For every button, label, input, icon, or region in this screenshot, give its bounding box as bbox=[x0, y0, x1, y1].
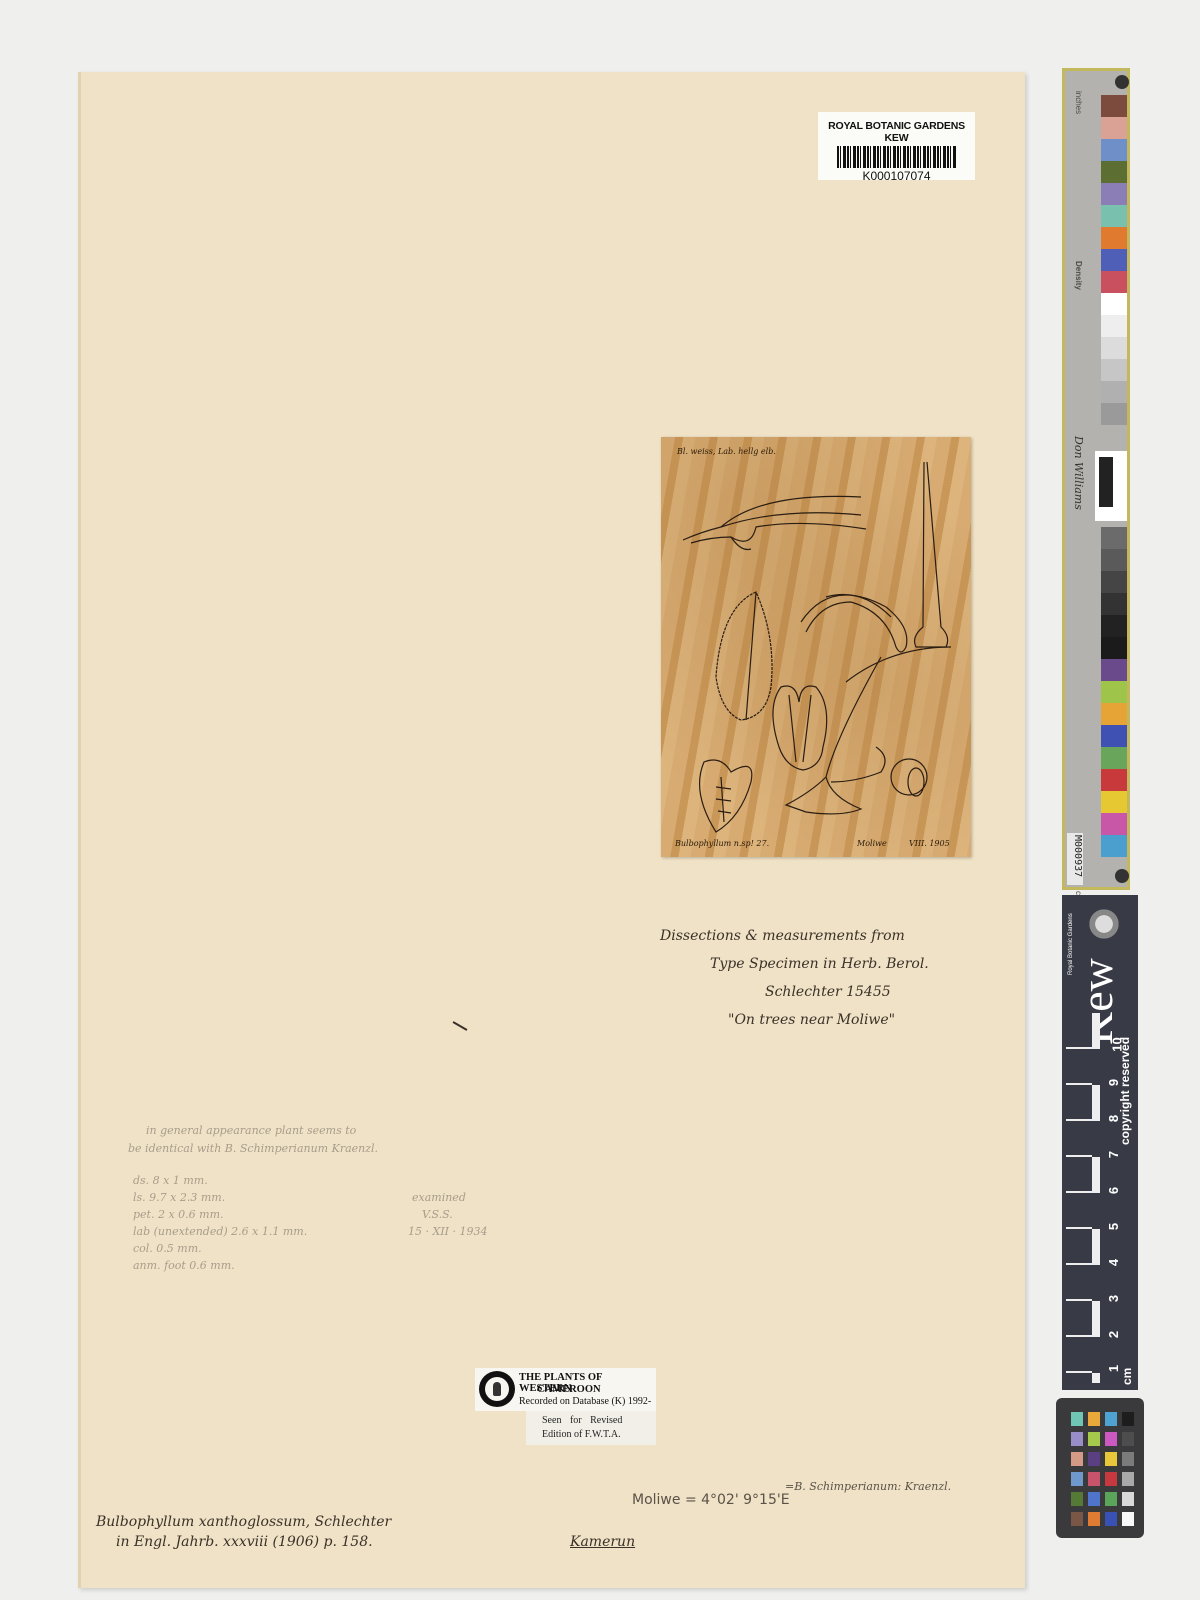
fwta-label: Seen for Revised Edition of F.W.T.A. bbox=[526, 1411, 656, 1445]
darwin-initiative-logo-icon bbox=[479, 1371, 515, 1407]
cm-label: cm bbox=[1120, 1368, 1134, 1385]
pwc-title-line2: CAMEROON bbox=[537, 1384, 601, 1395]
color-bar-id: M000937 bbox=[1072, 835, 1083, 877]
synonym-note: =B. Schimperianum: Kraenzl. bbox=[785, 1480, 951, 1493]
gray-swatch bbox=[1101, 293, 1127, 315]
checker-cell bbox=[1071, 1512, 1083, 1526]
ruler-number: 7 bbox=[1106, 1151, 1121, 1158]
resolution-target bbox=[1095, 451, 1127, 521]
registration-dot-icon bbox=[1115, 869, 1129, 883]
measurement-line: lab (unextended) 2.6 x 1.1 mm. bbox=[133, 1225, 307, 1238]
institution-name: ROYAL BOTANIC GARDENS KEW bbox=[818, 120, 975, 144]
checker-cell bbox=[1105, 1432, 1117, 1446]
copyright-label: copyright reserved bbox=[1118, 1037, 1132, 1145]
checker-cell bbox=[1122, 1452, 1134, 1466]
ruler-number: 3 bbox=[1106, 1295, 1121, 1302]
gray-swatch bbox=[1101, 359, 1127, 381]
checker-cell bbox=[1071, 1492, 1083, 1506]
gray-swatch bbox=[1101, 549, 1127, 571]
ruler-number: 2 bbox=[1106, 1331, 1121, 1338]
checker-cell bbox=[1088, 1412, 1100, 1426]
color-swatch bbox=[1101, 249, 1127, 271]
pwc-database-line: Recorded on Database (K) 1992- bbox=[519, 1396, 651, 1407]
species-name-line2: in Engl. Jahrb. xxxviii (1906) p. 158. bbox=[116, 1534, 373, 1550]
color-swatch bbox=[1101, 703, 1127, 725]
species-name-line1: Bulbophyllum xanthoglossum, Schlechter bbox=[96, 1514, 391, 1530]
pencil-note-line: in general appearance plant seems to bbox=[146, 1124, 356, 1137]
examined-note: examined bbox=[412, 1191, 466, 1204]
drawing-footer-locality: Moliwe bbox=[857, 839, 887, 848]
gray-swatch bbox=[1101, 381, 1127, 403]
drawing-header: Bl. weiss, Lab. hellg elb. bbox=[677, 447, 776, 456]
color-swatch bbox=[1101, 747, 1127, 769]
inches-label: inches bbox=[1074, 91, 1083, 114]
density-label: Density bbox=[1074, 261, 1083, 290]
gray-swatch bbox=[1101, 615, 1127, 637]
checker-cell bbox=[1071, 1432, 1083, 1446]
gray-swatch bbox=[1101, 337, 1127, 359]
dissection-note-line: Schlechter 15455 bbox=[765, 984, 891, 1000]
drawing-footer-date: VIII. 1905 bbox=[909, 839, 950, 848]
measurement-line: ds. 8 x 1 mm. bbox=[133, 1174, 208, 1187]
color-checker-card bbox=[1056, 1398, 1144, 1538]
gray-swatch bbox=[1101, 403, 1127, 425]
ruler-scale bbox=[1066, 1013, 1094, 1383]
color-swatch bbox=[1101, 117, 1127, 139]
color-swatch bbox=[1101, 271, 1127, 293]
checker-cell bbox=[1088, 1472, 1100, 1486]
color-swatch bbox=[1101, 835, 1127, 857]
ruler-scale-checker bbox=[1092, 1013, 1100, 1383]
checker-cell bbox=[1105, 1452, 1117, 1466]
dissection-note-line: "On trees near Moliwe" bbox=[728, 1012, 895, 1028]
kew-scale-ruler: Kew Royal Botanic Gardens 10 9 8 7 6 5 4… bbox=[1062, 895, 1138, 1390]
checker-cell bbox=[1071, 1472, 1083, 1486]
checker-cell bbox=[1088, 1512, 1100, 1526]
checker-cell bbox=[1105, 1512, 1117, 1526]
color-swatch bbox=[1101, 95, 1127, 117]
color-swatch bbox=[1101, 161, 1127, 183]
registration-dot-icon bbox=[1115, 75, 1129, 89]
color-swatch bbox=[1101, 205, 1127, 227]
gray-swatch bbox=[1101, 315, 1127, 337]
locality-coordinates: Moliwe = 4°02' 9°15'E bbox=[632, 1492, 790, 1508]
dissection-note-line: Dissections & measurements from bbox=[660, 928, 905, 944]
checker-cell bbox=[1105, 1412, 1117, 1426]
barcode-icon bbox=[837, 146, 957, 168]
checker-cell bbox=[1122, 1432, 1134, 1446]
fwta-line1: Seen for Revised bbox=[542, 1415, 622, 1426]
color-swatch bbox=[1101, 769, 1127, 791]
color-swatch bbox=[1101, 227, 1127, 249]
checker-cell bbox=[1071, 1452, 1083, 1466]
color-swatch bbox=[1101, 681, 1127, 703]
plants-of-western-cameroon-label: THE PLANTS OF WESTERN CAMEROON Recorded … bbox=[475, 1368, 656, 1411]
checker-cell bbox=[1105, 1492, 1117, 1506]
ruler-number: 4 bbox=[1106, 1259, 1121, 1266]
kew-sub-label: Royal Botanic Gardens bbox=[1068, 913, 1074, 975]
gray-swatch bbox=[1101, 593, 1127, 615]
barcode-label: ROYAL BOTANIC GARDENS KEW K000107074 bbox=[818, 112, 975, 180]
color-swatch bbox=[1101, 725, 1127, 747]
examined-initials: V.S.S. bbox=[422, 1208, 453, 1221]
gray-swatch bbox=[1101, 527, 1127, 549]
brand-label: Don Williams bbox=[1072, 436, 1085, 510]
checker-cell bbox=[1122, 1412, 1134, 1426]
color-calibration-bar: inches Density Don Williams M000937 cent… bbox=[1062, 68, 1130, 890]
examined-date: 15 · XII · 1934 bbox=[408, 1225, 488, 1238]
measurement-line: anm. foot 0.6 mm. bbox=[133, 1259, 235, 1272]
gray-swatch bbox=[1101, 571, 1127, 593]
checker-cell bbox=[1122, 1492, 1134, 1506]
color-swatch bbox=[1101, 813, 1127, 835]
drawing-footer-name: Bulbophyllum n.sp! 27. bbox=[675, 839, 769, 848]
checker-cell bbox=[1088, 1492, 1100, 1506]
color-swatch bbox=[1101, 183, 1127, 205]
checker-cell bbox=[1088, 1432, 1100, 1446]
ruler-number: 6 bbox=[1106, 1187, 1121, 1194]
checker-cell bbox=[1088, 1452, 1100, 1466]
measurement-line: col. 0.5 mm. bbox=[133, 1242, 202, 1255]
dissection-drawing: Bl. weiss, Lab. hellg elb. Bulbophyllum … bbox=[661, 437, 971, 857]
checker-cell bbox=[1122, 1512, 1134, 1526]
color-swatch bbox=[1101, 139, 1127, 161]
royal-crest-icon bbox=[1084, 903, 1124, 945]
checker-cell bbox=[1122, 1472, 1134, 1486]
color-swatch bbox=[1101, 659, 1127, 681]
pencil-note-line: be identical with B. Schimperianum Kraen… bbox=[128, 1142, 378, 1155]
ruler-number: 5 bbox=[1106, 1223, 1121, 1230]
gray-swatch bbox=[1101, 637, 1127, 659]
ruler-number: 1 bbox=[1106, 1365, 1121, 1372]
checker-cell bbox=[1105, 1472, 1117, 1486]
barcode-number: K000107074 bbox=[818, 169, 975, 183]
flower-dissection-sketch-icon bbox=[661, 437, 971, 857]
measurement-line: ls. 9.7 x 2.3 mm. bbox=[133, 1191, 225, 1204]
color-swatch bbox=[1101, 791, 1127, 813]
checker-cell bbox=[1071, 1412, 1083, 1426]
dissection-note-line: Type Specimen in Herb. Berol. bbox=[710, 956, 929, 972]
measurement-line: pet. 2 x 0.6 mm. bbox=[133, 1208, 224, 1221]
fwta-line2: Edition of F.W.T.A. bbox=[542, 1429, 621, 1440]
country-name: Kamerun bbox=[570, 1534, 635, 1550]
